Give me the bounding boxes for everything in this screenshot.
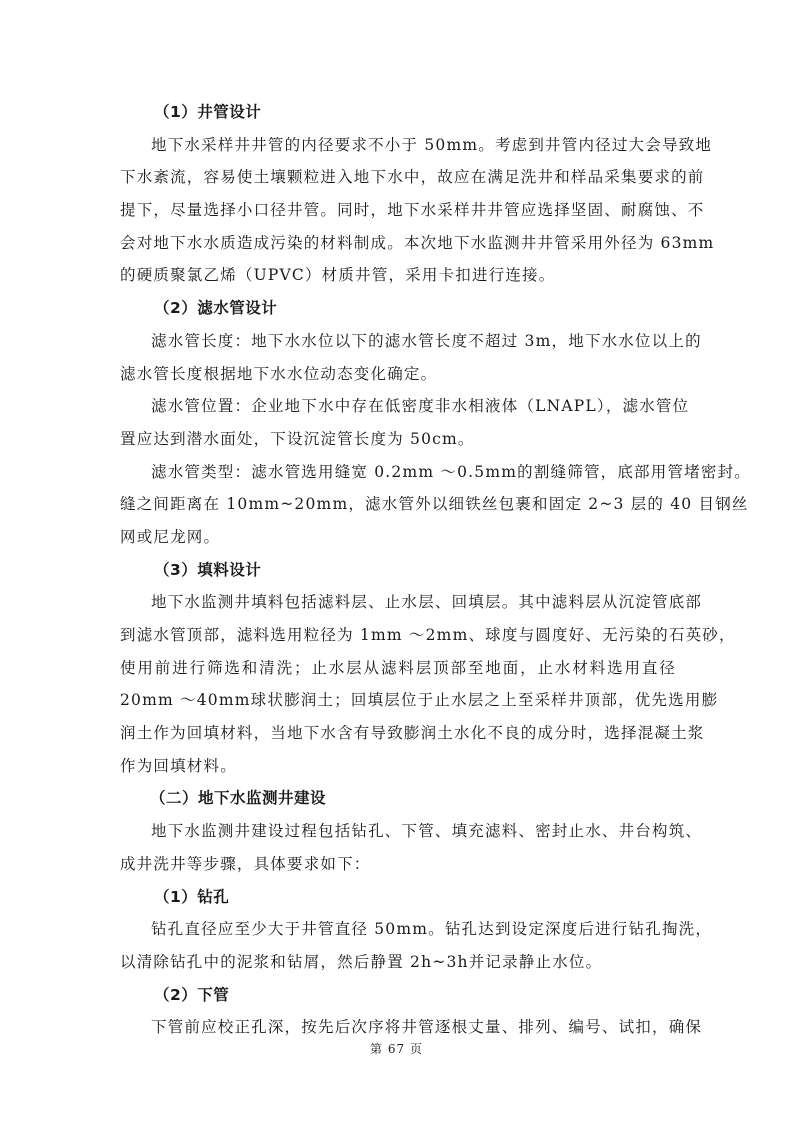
paragraph: 滤水管位置：企业地下水中存在低密度非水相液体（LNAPL），滤水管位 置应达到潜… — [120, 390, 676, 455]
paragraph: 地下水采样井井管的内径要求不小于 50mm。考虑到井管内径过大会导致地 下水紊流… — [120, 129, 676, 292]
section-heading: （3）填料设计 — [120, 554, 676, 587]
text-line: 滤水管长度：地下水水位以下的滤水管长度不超过 3m，地下水水位以上的 — [120, 325, 676, 358]
section-heading: （2）滤水管设计 — [120, 292, 676, 325]
paragraph: 钻孔直径应至少大于井管直径 50mm。钻孔达到设定深度后进行钻孔掏洗， 以清除钻… — [120, 913, 676, 978]
paragraph: 地下水监测井建设过程包括钻孔、下管、填充滤料、密封止水、井台构筑、 成井洗井等步… — [120, 815, 676, 880]
text-line: 滤水管长度根据地下水水位动态变化确定。 — [120, 358, 676, 391]
text-line: 地下水采样井井管的内径要求不小于 50mm。考虑到井管内径过大会导致地 — [120, 129, 676, 162]
text-line: 以清除钻孔中的泥浆和钻屑，然后静置 2h~3h并记录静止水位。 — [120, 946, 676, 979]
text-line: 到滤水管顶部，滤料选用粒径为 1mm ～2mm、球度与圆度好、无污染的石英砂， — [120, 619, 676, 652]
text-line: 网或尼龙网。 — [120, 521, 676, 554]
page-number: 第 67 页 — [0, 1040, 793, 1057]
paragraph: 地下水监测井填料包括滤料层、止水层、回填层。其中滤料层从沉淀管底部 到滤水管顶部… — [120, 586, 676, 782]
page-content: （1）井管设计 地下水采样井井管的内径要求不小于 50mm。考虑到井管内径过大会… — [120, 96, 676, 1044]
text-line: 下水紊流，容易使土壤颗粒进入地下水中，故应在满足洗井和样品采集要求的前 — [120, 161, 676, 194]
chapter-heading: （二）地下水监测井建设 — [120, 782, 676, 815]
section-heading: （1）钻孔 — [120, 881, 676, 914]
text-line: 的硬质聚氯乙烯（UPVC）材质井管，采用卡扣进行连接。 — [120, 259, 676, 292]
text-line: 滤水管位置：企业地下水中存在低密度非水相液体（LNAPL），滤水管位 — [120, 390, 676, 423]
text-line: 地下水监测井填料包括滤料层、止水层、回填层。其中滤料层从沉淀管底部 — [120, 586, 676, 619]
text-line: 润土作为回填材料，当地下水含有导致膨润土水化不良的成分时，选择混凝土浆 — [120, 717, 676, 750]
text-line: 置应达到潜水面处，下设沉淀管长度为 50cm。 — [120, 423, 676, 456]
text-line: 成井洗井等步骤，具体要求如下： — [120, 848, 676, 881]
document-page: （1）井管设计 地下水采样井井管的内径要求不小于 50mm。考虑到井管内径过大会… — [0, 0, 793, 1122]
text-line: 使用前进行筛选和清洗；止水层从滤料层顶部至地面，止水材料选用直径 — [120, 652, 676, 685]
text-line: 钻孔直径应至少大于井管直径 50mm。钻孔达到设定深度后进行钻孔掏洗， — [120, 913, 676, 946]
paragraph: 滤水管长度：地下水水位以下的滤水管长度不超过 3m，地下水水位以上的 滤水管长度… — [120, 325, 676, 390]
text-line: 缝之间距离在 10mm~20mm，滤水管外以细铁丝包裹和固定 2~3 层的 40… — [120, 488, 676, 521]
text-line: 提下，尽量选择小口径井管。同时，地下水采样井井管应选择坚固、耐腐蚀、不 — [120, 194, 676, 227]
text-line: 会对地下水水质造成污染的材料制成。本次地下水监测井井管采用外径为 63mm — [120, 227, 676, 260]
text-line: 滤水管类型：滤水管选用缝宽 0.2mm ～0.5mm的割缝筛管，底部用管堵密封。 — [120, 456, 676, 489]
text-line: 作为回填材料。 — [120, 750, 676, 783]
text-line: 地下水监测井建设过程包括钻孔、下管、填充滤料、密封止水、井台构筑、 — [120, 815, 676, 848]
paragraph: 滤水管类型：滤水管选用缝宽 0.2mm ～0.5mm的割缝筛管，底部用管堵密封。… — [120, 456, 676, 554]
section-heading: （1）井管设计 — [120, 96, 676, 129]
section-heading: （2）下管 — [120, 979, 676, 1012]
text-line: 20mm ～40mm球状膨润土；回填层位于止水层之上至采样井顶部，优先选用膨 — [120, 684, 676, 717]
